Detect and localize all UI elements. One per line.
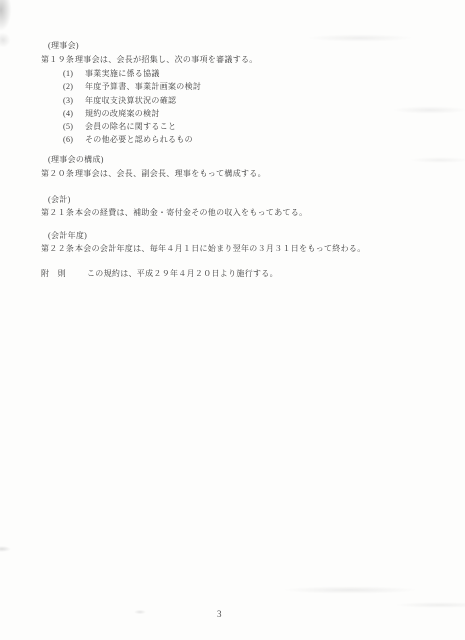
item-4-text: 規約の改廃案の検討 <box>85 109 160 118</box>
section-heading-fiscal-year: (会計年度) <box>48 231 87 241</box>
section-heading-board-composition: (理事会の構成) <box>48 155 104 165</box>
article-21-body: 本会の経費は、補助金・寄付金その他の収入をもってあてる。 <box>75 208 307 217</box>
item-3-number: (3) <box>63 96 85 106</box>
item-1-text: 事業実施に係る協議 <box>85 69 160 78</box>
article-19-number: 第１９条 <box>41 55 75 65</box>
item-6-text: その他必要と認められるもの <box>85 135 193 144</box>
supplement-line: 附 則この規約は、平成２９年４月２０日より施行する。 <box>41 269 278 279</box>
article-19-item-3: (3)年度収支決算状況の確認 <box>63 96 176 106</box>
page-number: 3 <box>217 609 222 619</box>
article-22-body: 本会の会計年度は、毎年４月１日に始まり翌年の３月３１日をもって終わる。 <box>75 244 366 253</box>
item-5-text: 会員の除名に関すること <box>85 122 176 131</box>
article-19-item-2: (2)年度予算書、事業計画案の検討 <box>63 82 201 92</box>
article-20-body: 理事会は、会長、副会長、理事をもって構成する。 <box>75 169 266 178</box>
document-page: (理事会) 第１９条理事会は、会長が招集し、次の事項を審議する。 (1)事業実施… <box>0 0 465 640</box>
article-22-line: 第２２条本会の会計年度は、毎年４月１日に始まり翌年の３月３１日をもって終わる。 <box>41 244 366 254</box>
article-19-item-5: (5)会員の除名に関すること <box>63 122 176 132</box>
article-19-item-4: (4)規約の改廃案の検討 <box>63 109 160 119</box>
supplement-text: この規約は、平成２９年４月２０日より施行する。 <box>87 269 278 278</box>
item-4-number: (4) <box>63 109 85 119</box>
item-5-number: (5) <box>63 122 85 132</box>
section-heading-board-meeting: (理事会) <box>48 41 79 51</box>
article-20-line: 第２０条理事会は、会長、副会長、理事をもって構成する。 <box>41 169 266 179</box>
article-19-item-1: (1)事業実施に係る協議 <box>63 69 160 79</box>
item-3-text: 年度収支決算状況の確認 <box>85 96 176 105</box>
article-21-number: 第２１条 <box>41 208 75 218</box>
item-6-number: (6) <box>63 135 85 145</box>
item-1-number: (1) <box>63 69 85 79</box>
item-2-number: (2) <box>63 82 85 92</box>
article-22-number: 第２２条 <box>41 244 75 254</box>
article-21-line: 第２１条本会の経費は、補助金・寄付金その他の収入をもってあてる。 <box>41 208 307 218</box>
article-19-item-6: (6)その他必要と認められるもの <box>63 135 193 145</box>
supplement-label: 附 則 <box>41 269 87 279</box>
item-2-text: 年度予算書、事業計画案の検討 <box>85 82 201 91</box>
article-19-body: 理事会は、会長が招集し、次の事項を審議する。 <box>75 55 258 64</box>
article-20-number: 第２０条 <box>41 169 75 179</box>
article-19-line: 第１９条理事会は、会長が招集し、次の事項を審議する。 <box>41 55 258 65</box>
section-heading-accounting: (会計) <box>48 195 71 205</box>
